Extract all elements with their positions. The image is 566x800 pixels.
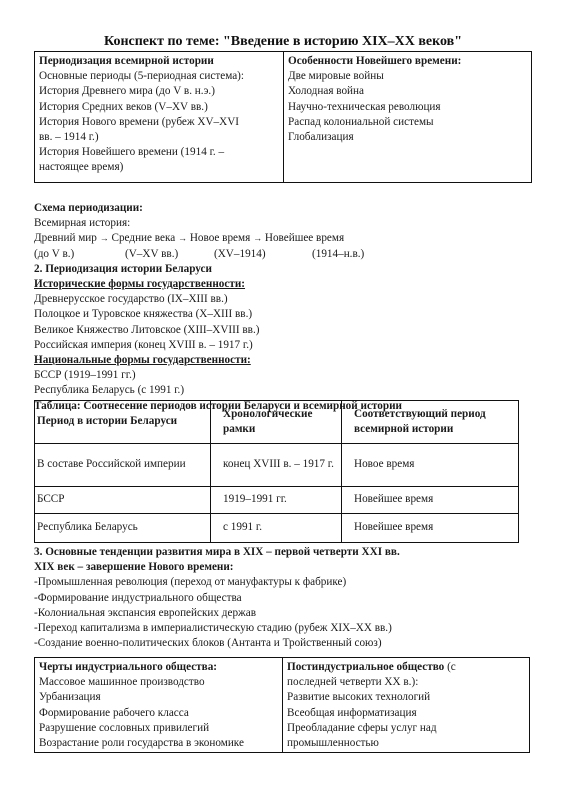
correlation-table: Период в истории Беларуси Хронологически… [34,400,519,543]
cell-line: История Средних веков (V–XV вв.) [39,100,279,115]
postindustrial-society-cell: Постиндустриальное общество (с последней… [283,658,529,752]
arrow-right-icon: → [178,233,187,243]
section-2-heading: 2. Периодизация истории Беларуси [34,262,534,277]
section-3-subheading: XIX век – завершение Нового времени: [34,560,534,575]
cell-line: Основные периоды (5-периодная система): [39,69,279,84]
list-item: Великое Княжество Литовское (XIII–XVIII … [34,323,534,338]
period-range: (1914–н.в.) [312,247,364,262]
section-3: 3. Основные тенденции развития мира в XI… [34,545,534,651]
list-item: Российская империя (конец XVIII в. – 191… [34,338,534,353]
national-forms-heading: Национальные формы государственности: [34,353,534,368]
cell-line: Холодная война [288,84,527,99]
cell-heading: Периодизация всемирной истории [39,54,279,69]
periodization-table: Периодизация всемирной истории Основные … [34,51,532,183]
cell-heading: Постиндустриальное общество (с [287,660,525,675]
cell-line: История Нового времени (рубеж XV–XVI [39,115,279,130]
period-range: (XV–1914) [214,247,266,262]
period-name: Средние века [112,232,176,244]
industrial-society-cell: Черты индустриального общества: Массовое… [35,658,283,752]
cell-heading: Особенности Новейшего времени: [288,54,527,69]
cell-line: Научно-техническая революция [288,100,527,115]
period-name: Древний мир [34,232,97,244]
list-item: БССР (1919–1991 гг.) [34,368,534,383]
arrow-right-icon: → [253,233,262,243]
cell-line: Разрушение сословных привилегий [39,721,278,736]
list-item: Полоцкое и Туровское княжества (X–XIII в… [34,307,534,322]
table-cell: Новейшее время [342,487,519,514]
periodization-scheme: Схема периодизации: Всемирная история: Д… [34,201,534,414]
table-cell: Республика Беларусь [35,514,211,543]
cell-line: История Новейшего времени (1914 г. – [39,145,279,160]
section-3-heading: 3. Основные тенденции развития мира в XI… [34,545,534,560]
cell-line: Повышение качества жизни, образования, [287,751,525,753]
scheme-subtitle: Всемирная история: [34,216,534,231]
cell-heading: Черты индустриального общества: [39,660,278,675]
modern-features-cell: Особенности Новейшего времени: Две миров… [284,52,531,182]
period-range: (V–XV вв.) [125,247,178,262]
table-cell: БССР [35,487,211,514]
cell-line: последней четверти XX в.): [287,675,525,690]
period-name: Новое время [190,232,250,244]
document-title: Конспект по теме: "Введение в историю XI… [0,33,566,51]
cell-line: вв. – 1914 г.) [39,130,279,145]
table-cell: 1919–1991 гг. [211,487,342,514]
cell-line: Возрастание роли государства в экономике [39,736,278,751]
cell-line: Глобализация [288,130,527,145]
scheme-periods-row: Древний мир → Средние века → Новое время… [34,231,534,246]
list-item: -Колониальная экспансия европейских держ… [34,606,534,621]
cell-line: Всеобщая информатизация [287,706,525,721]
arrow-right-icon: → [100,233,109,243]
cell-line: Преобладание сферы услуг над [287,721,525,736]
scheme-heading: Схема периодизации: [34,201,534,216]
cell-line: Развитие высоких технологий [287,690,525,705]
cell-line: История Древнего мира (до V в. н.э.) [39,84,279,99]
table-cell: Новейшее время [342,514,519,543]
cell-line: настоящее время) [39,160,279,175]
column-header: Соответствующий период всемирной истории [342,401,519,444]
cell-line: Массовое машинное производство [39,675,278,690]
cell-line: промышленностью [287,736,525,751]
list-item: -Формирование индустриального общества [34,591,534,606]
world-periodization-cell: Периодизация всемирной истории Основные … [35,52,284,182]
column-header: Хронологические рамки [211,401,342,444]
cell-heading-bold: Постиндустриальное общество [287,661,444,673]
table-row: БССР 1919–1991 гг. Новейшее время [35,487,519,514]
table-row: В составе Российской империи конец XVIII… [35,444,519,487]
list-item: Республика Беларусь (с 1991 г.) [34,383,534,398]
table-cell: с 1991 г. [211,514,342,543]
cell-line: Формирование рабочего класса [39,706,278,721]
table-cell: конец XVIII в. – 1917 г. [211,444,342,487]
table-cell: Новое время [342,444,519,487]
scheme-ranges-row: (до V в.) (V–XV вв.) (XV–1914) (1914–н.в… [34,247,534,262]
table-header-row: Период в истории Беларуси Хронологически… [35,401,519,444]
cell-heading-rest: (с [444,661,456,673]
list-item: -Создание военно-политических блоков (Ан… [34,636,534,651]
cell-line: Две мировые войны [288,69,527,84]
table-row: Республика Беларусь с 1991 г. Новейшее в… [35,514,519,543]
historical-forms-heading: Исторические формы государственности: [34,277,534,292]
list-item: Древнерусское государство (IX–XIII вв.) [34,292,534,307]
period-name: Новейшее время [265,232,344,244]
table-cell: В составе Российской империи [35,444,211,487]
cell-line: Распад колониальной системы [288,115,527,130]
society-comparison-table: Черты индустриального общества: Массовое… [34,657,530,753]
list-item: -Промышленная революция (переход от ману… [34,575,534,590]
cell-line: Урбанизация [39,690,278,705]
column-header: Период в истории Беларуси [35,401,211,444]
period-range: (до V в.) [34,247,74,262]
list-item: -Переход капитализма в империалистическу… [34,621,534,636]
